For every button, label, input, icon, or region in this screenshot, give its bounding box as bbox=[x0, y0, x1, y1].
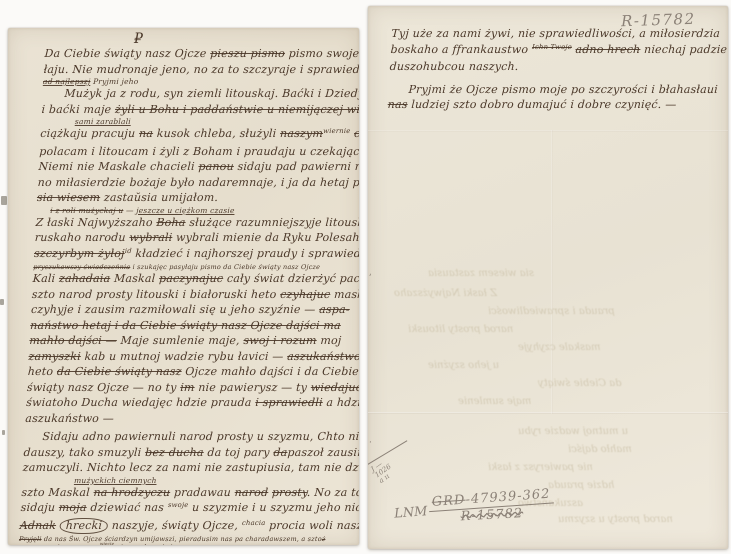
text-segment: ciążkaju pracuju bbox=[40, 127, 139, 140]
text-segment: szto narod prosty litouski i białoruski … bbox=[32, 288, 281, 301]
diagonal-pencil-note: J — 1026 a ıı bbox=[368, 439, 419, 485]
text-segment: aspa- bbox=[319, 303, 350, 316]
text-segment: służące razumniejszyje litouskaho i Biał… bbox=[185, 216, 359, 229]
text-segment: narod bbox=[234, 486, 268, 499]
manuscript-line: Kali zahadaia Maskal paczynajuc cały świ… bbox=[32, 271, 354, 287]
text-segment: czyhyje i zausim razmiłowali się u jeho … bbox=[31, 303, 320, 316]
fold-crease-horizontal bbox=[368, 130, 728, 132]
text-segment: no miłasierdzie bożaje było nadaremnaje,… bbox=[37, 176, 359, 189]
text-segment: Maskal bbox=[110, 272, 159, 285]
text-segment: Adnak bbox=[19, 519, 56, 532]
text-segment: i szukajęc pasyłaju pismo da Ciebie świą… bbox=[130, 263, 320, 271]
manuscript-line: zamyszki kab u mutnoj wadzie rybu łavici… bbox=[28, 349, 350, 365]
text-segment: wiedajuc bbox=[311, 381, 359, 394]
text-segment: zastaŭsia umijałom. bbox=[100, 191, 219, 204]
edge-smudge bbox=[1, 196, 7, 205]
showthrough-text: sia wiesem zastausia bbox=[428, 268, 534, 279]
text-segment: kab u mutnoj wadzie rybu łavici — bbox=[81, 350, 288, 363]
text-segment: paszoł zausim nie bbox=[287, 446, 359, 459]
text-segment: Sidaju adno pawiernuli narod prosty u sz… bbox=[42, 430, 359, 443]
edge-smudge bbox=[2, 430, 5, 435]
text-segment: da Ciebie świąty nasz bbox=[57, 365, 182, 378]
manuscript-line: światoho Ducha wiedajęc hdzie prauda i s… bbox=[26, 395, 348, 411]
text-segment: i z roli mużyckaj u bbox=[50, 206, 124, 215]
text-segment: żyli u Bohu i paddaństwie u niemijączej … bbox=[115, 103, 359, 116]
text-segment: wiecie bbox=[100, 541, 114, 545]
text-segment: swoj i rozum bbox=[243, 334, 317, 347]
text-segment: cały świat dzierżyć paczynaj, bbox=[223, 272, 359, 285]
text-segment: wybrali mienie da Ryku Polesaho, — kab d… bbox=[172, 231, 359, 244]
text-segment: pismo swoje pasy- bbox=[285, 47, 359, 60]
manuscript-line: Pryjęli da nas Św. Ojcze ściardzyn umija… bbox=[19, 535, 340, 543]
text-segment: Pryjmi jeho bbox=[90, 77, 138, 86]
text-segment: pieszu pismo bbox=[210, 47, 285, 60]
text-segment: aszukaństwo bbox=[287, 350, 359, 363]
text-segment: da bbox=[273, 446, 288, 459]
pencil-tick: · bbox=[369, 438, 372, 448]
manuscript-line: ruskaho narodu wybrali wybrali mienie da… bbox=[34, 230, 356, 246]
text-segment: dauszy, tako smuzyli bbox=[23, 446, 145, 459]
catalog-prefix: LNM bbox=[394, 504, 428, 521]
manuscript-line: Mużyk ja z rodu, syn ziemli litouskaj. B… bbox=[64, 86, 359, 102]
text-segment: ludziej szto dobro dumajuć i dobre czyni… bbox=[407, 98, 677, 111]
scanner-backdrop: ₽ Da Ciebie świąty nasz Ojcze pieszu pis… bbox=[0, 0, 731, 554]
showthrough-text: mahło dajści bbox=[568, 444, 632, 455]
text-segment: Boha bbox=[156, 216, 186, 229]
manuscript-line: i baćki maje żyli u Bohu i paddaństwie u… bbox=[41, 102, 359, 118]
manuscript-line: dauszy, tako smuzyli bez ducha da toj pa… bbox=[23, 445, 345, 461]
showthrough-text: narod prosty u szyzmu bbox=[558, 514, 673, 525]
text-segment: da nas Św. Ojcze ściardzyn umijawszi, pi… bbox=[41, 535, 322, 543]
text-segment: Pryjęli bbox=[19, 535, 42, 543]
text-segment: dziewiać nas bbox=[86, 501, 168, 514]
text-segment: maskale bbox=[330, 288, 359, 301]
manuscript-line: łaju. Nie mudronaje jeno, no za to szczy… bbox=[43, 62, 359, 78]
text-segment: carom bbox=[354, 127, 359, 140]
manuscript-line: sia wiesem zastaŭsia umijałom. bbox=[37, 190, 359, 206]
text-segment: mniec bbox=[46, 543, 67, 545]
showthrough-text: maskale czyhyje bbox=[518, 342, 601, 353]
right-page-handwriting: Tyj uże za nami żywi, nie sprawiedliwośc… bbox=[368, 6, 728, 117]
text-segment: kładzieć i najhorszej praudy i sprawiedl… bbox=[131, 247, 359, 260]
manuscript-line: Sidaju adno pawiernuli narod prosty u sz… bbox=[42, 429, 346, 445]
manuscript-line: naństwo hetaj i da Ciebie świąty nasz Oj… bbox=[30, 318, 352, 334]
text-segment: nie zrachawci się. bbox=[114, 543, 179, 545]
text-segment: sami zarablali bbox=[75, 117, 131, 126]
text-segment: mużyckich ciemnych bbox=[74, 476, 157, 485]
museum-catalog-mark: LNM GRD-47939-362 R-15782 bbox=[393, 486, 555, 529]
text-segment: naństwo hetaj i da Ciebie świąty nasz Oj… bbox=[30, 319, 341, 332]
text-segment: adno hrech bbox=[575, 43, 641, 56]
text-segment: Niemi nie Maskale chacieli bbox=[38, 160, 199, 173]
manuscript-line: szto Maskal na hrodzyczu pradawau narod … bbox=[21, 485, 343, 501]
text-segment: prosty bbox=[272, 486, 308, 499]
manuscript-line: mniec — u nas wiecie nie zrachawci się. bbox=[46, 543, 339, 545]
text-segment: sidaju bbox=[20, 501, 59, 514]
text-segment: łaju. Nie mudronaje jeno, no za to szczy… bbox=[43, 63, 359, 76]
text-segment: swoje bbox=[168, 501, 189, 509]
text-segment: procia woli naszej, nieliczące bbox=[265, 519, 359, 532]
fold-crease-vertical bbox=[551, 130, 553, 414]
text-segment: ad najlepszj bbox=[43, 77, 91, 86]
text-segment: kusok chleba, służyli bbox=[153, 127, 281, 140]
text-segment: niechaj padzie na bbox=[640, 43, 728, 56]
manuscript-line: sami zarablali bbox=[75, 117, 359, 126]
text-segment: u szyzmie i u szyzmu jeho nichto nie zwi… bbox=[188, 501, 359, 514]
text-segment: zahadaia bbox=[59, 272, 111, 285]
manuscript-line: mahło dajści — Maje sumlenie maje, swoj … bbox=[29, 333, 351, 349]
text-segment: Kali bbox=[32, 272, 59, 285]
manuscript-line: Z łaski Najwyższaho Boha służące razumni… bbox=[35, 215, 357, 231]
manuscript-line: no miłasierdzie bożaje było nadaremnaje,… bbox=[37, 175, 359, 191]
text-segment: zamyszki bbox=[28, 350, 81, 363]
showthrough-text: prauda i sprawiedliwości bbox=[488, 306, 615, 317]
text-segment: ż bbox=[322, 535, 326, 543]
left-page-handwriting: Da Ciebie świąty nasz Ojcze pieszu pismo… bbox=[8, 28, 359, 545]
manuscript-line: duszohubcou naszych. bbox=[389, 59, 718, 75]
manuscript-line: polacam i litoucam i żyli z Boham i prau… bbox=[39, 144, 359, 160]
manuscript-line: nas ludziej szto dobro dumajuć i dobre c… bbox=[387, 97, 716, 113]
text-segment: szczyrbym żyłoj bbox=[34, 247, 125, 260]
manuscript-line: ad najlepszj Pryjmi jeho bbox=[43, 77, 359, 86]
text-segment: nas bbox=[387, 98, 408, 111]
manuscript-line: Adnak hrecki naszyje, świąty Ojcze, chac… bbox=[19, 518, 341, 536]
text-segment: ruskaho narodu bbox=[35, 231, 130, 244]
text-segment: naszyje, świąty Ojcze, bbox=[108, 519, 242, 532]
left-manuscript-page: ₽ Da Ciebie świąty nasz Ojcze pieszu pis… bbox=[8, 28, 359, 545]
manuscript-line: boskaho a ffrankaustwo Ichn Twoje adno h… bbox=[390, 42, 719, 60]
showthrough-text: da Ciebie świąty bbox=[538, 378, 622, 389]
text-segment: Ojcze mahło dajści i da Ciebie bbox=[181, 365, 359, 378]
manuscript-line: mużyckich ciemnych bbox=[74, 476, 343, 485]
showthrough-text: nie pawierysz z łaski bbox=[488, 462, 593, 473]
text-segment: panou bbox=[198, 160, 234, 173]
text-segment: i sprawiedli bbox=[255, 396, 323, 409]
text-segment: na bbox=[139, 127, 154, 140]
text-segment: a hdzie bbox=[322, 396, 359, 409]
text-segment: czyhajuc bbox=[280, 288, 331, 301]
manuscript-line: szto narod prosty litouski i białoruski … bbox=[31, 287, 353, 303]
text-segment: zamuczyli. Nichto lecz za nami nie zastu… bbox=[22, 461, 359, 474]
manuscript-line: Pryjmi że Ojcze pismo moje po szczyrości… bbox=[408, 82, 717, 98]
manuscript-line: Da Ciebie świąty nasz Ojcze pieszu pismo… bbox=[44, 46, 359, 62]
manuscript-line: Niemi nie Maskale chacieli panou sidaju … bbox=[38, 159, 359, 175]
text-segment: — bbox=[123, 206, 136, 215]
text-segment: Pryjmi że Ojcze pismo moje po szczyrości… bbox=[408, 83, 718, 96]
text-segment: boskaho a ffrankaustwo bbox=[390, 43, 532, 56]
text-segment: sidaju pad pawierni na szyzm bbox=[234, 160, 359, 173]
catalog-fraction: GRD-47939-362 R-15782 bbox=[428, 486, 555, 527]
text-segment: Z łaski Najwyższaho bbox=[35, 216, 156, 229]
text-segment: mahło dajści — bbox=[29, 334, 117, 347]
text-segment: jeszcze u ciężkom czasie bbox=[136, 206, 235, 215]
text-segment: chacia bbox=[242, 519, 266, 527]
text-segment: — u nas bbox=[67, 543, 100, 545]
showthrough-text: u jeho szyźnie bbox=[428, 360, 499, 371]
text-segment: hrecki bbox=[59, 518, 108, 534]
text-segment: id bbox=[125, 247, 132, 255]
fold-crease-horizontal bbox=[368, 412, 728, 414]
text-segment: nie pawierysz — ty bbox=[194, 381, 311, 394]
catalog-number-struck-part: GRD bbox=[431, 493, 466, 510]
text-segment: światoho Ducha wiedajęc hdzie prauda bbox=[26, 396, 256, 409]
text-segment: na hrodzyczu bbox=[93, 486, 170, 499]
text-segment: wybrali bbox=[129, 231, 173, 244]
manuscript-line: sidaju moja dziewiać nas swoje u szyzmie… bbox=[20, 500, 342, 518]
text-segment: sia wiesem bbox=[37, 191, 101, 204]
text-segment: moj bbox=[316, 334, 341, 347]
text-segment: świąty nasz Ojcze — no ty bbox=[27, 381, 181, 394]
manuscript-line: aszukaństwo — bbox=[25, 411, 347, 427]
text-segment: moja bbox=[59, 501, 88, 514]
text-segment: da toj pary bbox=[203, 446, 273, 459]
edge-smudge bbox=[0, 299, 4, 305]
manuscript-line: pryszukawszy świadczeńnia i szukajęc pas… bbox=[33, 263, 354, 271]
showthrough-text: maje sumlenie bbox=[458, 396, 531, 407]
text-segment: i baćki maje bbox=[41, 103, 115, 116]
text-segment: bez ducha bbox=[145, 446, 204, 459]
manuscript-line: i z roli mużyckaj u — jeszcze u ciężkom … bbox=[50, 206, 357, 215]
right-manuscript-page: sia wiesem zastausiaZ łaski Najwyższahop… bbox=[368, 6, 728, 549]
text-segment: polacam i litoucam i żyli z Boham i prau… bbox=[39, 145, 359, 158]
manuscript-line: zamuczyli. Nichto lecz za nami nie zastu… bbox=[22, 460, 344, 476]
scan-background: { "ink_color": "#4a3728", "pencil_color"… bbox=[0, 0, 731, 554]
manuscript-line: czyhyje i zausim razmiłowali się u jeho … bbox=[31, 302, 353, 318]
text-segment: paczynajuc bbox=[159, 272, 224, 285]
showthrough-text: hdzie prauda bbox=[548, 480, 614, 491]
manuscript-line: świąty nasz Ojcze — no ty im nie pawiery… bbox=[27, 380, 349, 396]
text-segment: pryszukawszy świadczeńnia bbox=[33, 263, 130, 271]
text-segment: Tyj uże za nami żywi, nie sprawiedliwośc… bbox=[391, 27, 720, 40]
text-segment: wiernie bbox=[323, 127, 351, 135]
text-segment: heto bbox=[27, 365, 57, 378]
text-segment: Da Ciebie świąty nasz Ojcze bbox=[44, 47, 210, 60]
manuscript-line: heto da Ciebie świąty nasz Ojcze mahło d… bbox=[27, 364, 349, 380]
manuscript-line: Tyj uże za nami żywi, nie sprawiedliwośc… bbox=[391, 26, 720, 42]
text-segment: Maje sumlenie maje, bbox=[117, 334, 244, 347]
manuscript-line: szczyrbym żyłojid kładzieć i najhorszej … bbox=[34, 246, 356, 264]
text-segment: duszohubcou naszych. bbox=[389, 60, 518, 73]
text-segment: im bbox=[180, 381, 195, 394]
showthrough-text: u mutnoj wadzie rybu bbox=[518, 426, 628, 437]
text-segment: aszukaństwo — bbox=[25, 412, 114, 425]
showthrough-text: Z łaski Najwyższaho bbox=[394, 288, 497, 299]
pencil-tick: ʹ bbox=[369, 274, 372, 284]
text-segment: szto Maskal bbox=[21, 486, 94, 499]
showthrough-text: narod prosty litouski bbox=[408, 324, 513, 335]
manuscript-line: ciążkaju pracuju na kusok chleba, służyl… bbox=[40, 126, 359, 144]
text-segment: Mużyk ja z rodu, syn ziemli litouskaj. B… bbox=[64, 87, 359, 100]
text-segment: Ichn Twoje bbox=[532, 43, 572, 51]
text-segment: pradawau bbox=[170, 486, 235, 499]
text-segment: naszym bbox=[280, 127, 324, 140]
text-segment: . No za to adno bbox=[307, 486, 359, 499]
